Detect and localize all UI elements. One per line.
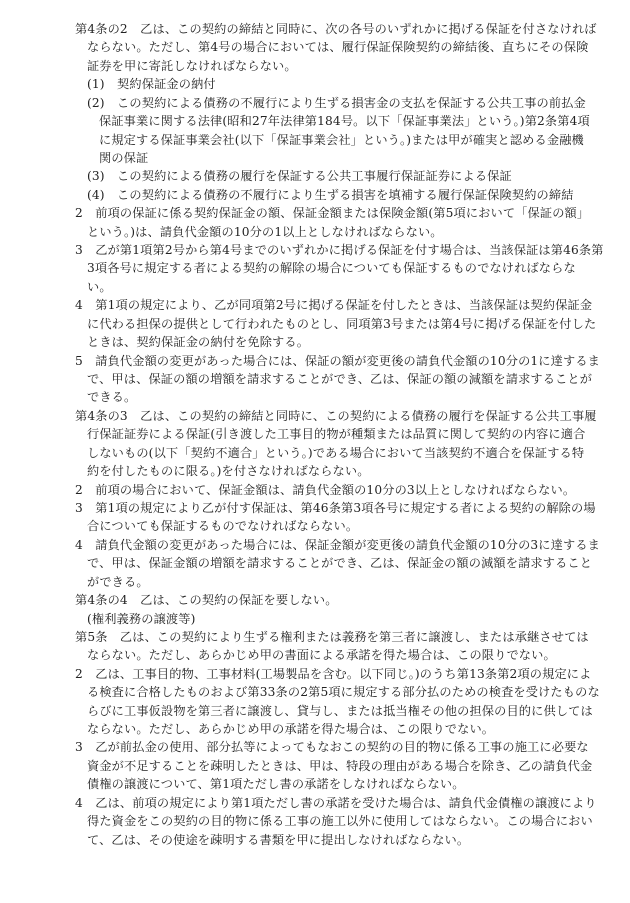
text-line: 資金が不足することを疎明したときは、甲は、特段の理由がある場合を除き、乙の請負代…	[75, 757, 567, 775]
text-line: しないもの(以下「契約不適合」という。)である場合において当該契約不適合を保証す…	[75, 444, 567, 462]
paragraph-4: 4 請負代金額の変更があった場合には、保証金額が変更後の請負代金額の10分の3に…	[75, 536, 567, 554]
list-item-3: (3) この契約による債務の履行を保証する公共工事履行保証証券による保証	[75, 167, 567, 185]
text-line: 3項各号に規定する者による契約の解除の場合についても保証するものでなければならな	[75, 259, 567, 277]
text-line: 合についても保証するものでなければならない。	[75, 517, 567, 535]
text-line: 関の保証	[75, 149, 567, 167]
text-line: て、乙は、その使途を疎明する書類を甲に提出しなければならない。	[75, 831, 567, 849]
text-line: という。)は、請負代金額の10分の1以上としなければならない。	[75, 223, 567, 241]
paragraph-3: 3 乙が第1項第2号から第4号までのいずれかに掲げる保証を付す場合は、当該保証は…	[75, 241, 567, 259]
paragraph-2: 2 乙は、工事目的物、工事材料(工場製品を含む。以下同じ。)のうち第13条第2項…	[75, 665, 567, 683]
text-line: 行保証証券による保証(引き渡した工事目的物が種類または品質に関して契約の内容に適…	[75, 425, 567, 443]
text-line: ならない。ただし、あらかじめ甲の書面による承諾を得た場合は、この限りでない。	[75, 646, 567, 664]
paragraph-2: 2 前項の場合において、保証金額は、請負代金額の10分の3以上としなければならな…	[75, 481, 567, 499]
article-5-heading: 第5条 乙は、この契約により生ずる権利または義務を第三者に譲渡し、または承継させ…	[75, 628, 567, 646]
text-line: ができる。	[75, 573, 567, 591]
paragraph-2: 2 前項の保証に係る契約保証金の額、保証金額または保険金額(第5項において「保証…	[75, 204, 567, 222]
text-line: らびに工事仮設物を第三者に譲渡し、貸与し、または抵当権その他の担保の目的に供して…	[75, 702, 567, 720]
article-4-3-heading: 第4条の3 乙は、この契約の締結と同時に、この契約による債務の履行を保証する公共…	[75, 407, 567, 425]
paragraph-4: 4 乙は、前項の規定により第1項ただし書の承諾を受けた場合は、請負代金債権の譲渡…	[75, 794, 567, 812]
text-line: い。	[75, 278, 567, 296]
document-page: 第4条の2 乙は、この契約の締結と同時に、次の各号のいずれかに掲げる保証を付さな…	[75, 20, 567, 849]
text-line: に代わる担保の提供として行われたものとし、同項第3号または第4号に掲げる保証を付…	[75, 315, 567, 333]
article-4-2-heading: 第4条の2 乙は、この契約の締結と同時に、次の各号のいずれかに掲げる保証を付さな…	[75, 20, 567, 38]
section-caption: (権利義務の譲渡等)	[75, 610, 567, 628]
text-line: ときは、契約保証金の納付を免除する。	[75, 333, 567, 351]
text-line: で、甲は、保証金額の増額を請求することができ、乙は、保証金の額の減額を請求するこ…	[75, 554, 567, 572]
list-item-1: (1) 契約保証金の納付	[75, 75, 567, 93]
list-item-4: (4) この契約による債務の不履行により生ずる損害を填補する履行保証保険契約の締…	[75, 186, 567, 204]
paragraph-3: 3 第1項の規定により乙が付す保証は、第46条第3項各号に規定する者による契約の…	[75, 499, 567, 517]
list-item-2: (2) この契約による債務の不履行により生ずる損害金の支払を保証する公共工事の前…	[75, 94, 567, 112]
text-line: 約を付したものに限る。)を付さなければならない。	[75, 462, 567, 480]
text-line: る検査に合格したものおよび第33条の2第5項に規定する部分払のための検査を受けた…	[75, 683, 567, 701]
text-line: ならない。ただし、第4号の場合においては、履行保証保険契約の締結後、直ちにその保…	[75, 38, 567, 56]
text-line: 証券を甲に寄託しなければならない。	[75, 57, 567, 75]
text-line: に規定する保証事業会社(以下「保証事業会社」という。)または甲が確実と認める金融…	[75, 131, 567, 149]
text-line: できる。	[75, 388, 567, 406]
text-line: 債権の譲渡について、第1項ただし書の承諾をしなければならない。	[75, 775, 567, 793]
text-line: ならない。ただし、あらかじめ甲の承諾を得た場合は、この限りでない。	[75, 720, 567, 738]
paragraph-3: 3 乙が前払金の使用、部分払等によってもなおこの契約の目的物に係る工事の施工に必…	[75, 738, 567, 756]
text-line: 得た資金をこの契約の目的物に係る工事の施工以外に使用してはならない。この場合にお…	[75, 812, 567, 830]
article-4-4-heading: 第4条の4 乙は、この契約の保証を要しない。	[75, 591, 567, 609]
paragraph-4: 4 第1項の規定により、乙が同項第2号に掲げる保証を付したときは、当該保証は契約…	[75, 296, 567, 314]
text-line: で、甲は、保証の額の増額を請求することができ、乙は、保証の額の減額を請求すること…	[75, 370, 567, 388]
paragraph-5: 5 請負代金額の変更があった場合には、保証の額が変更後の請負代金額の10分の1に…	[75, 352, 567, 370]
text-line: 保証事業に関する法律(昭和27年法律第184号。以下「保証事業法」という。)第2…	[75, 112, 567, 130]
